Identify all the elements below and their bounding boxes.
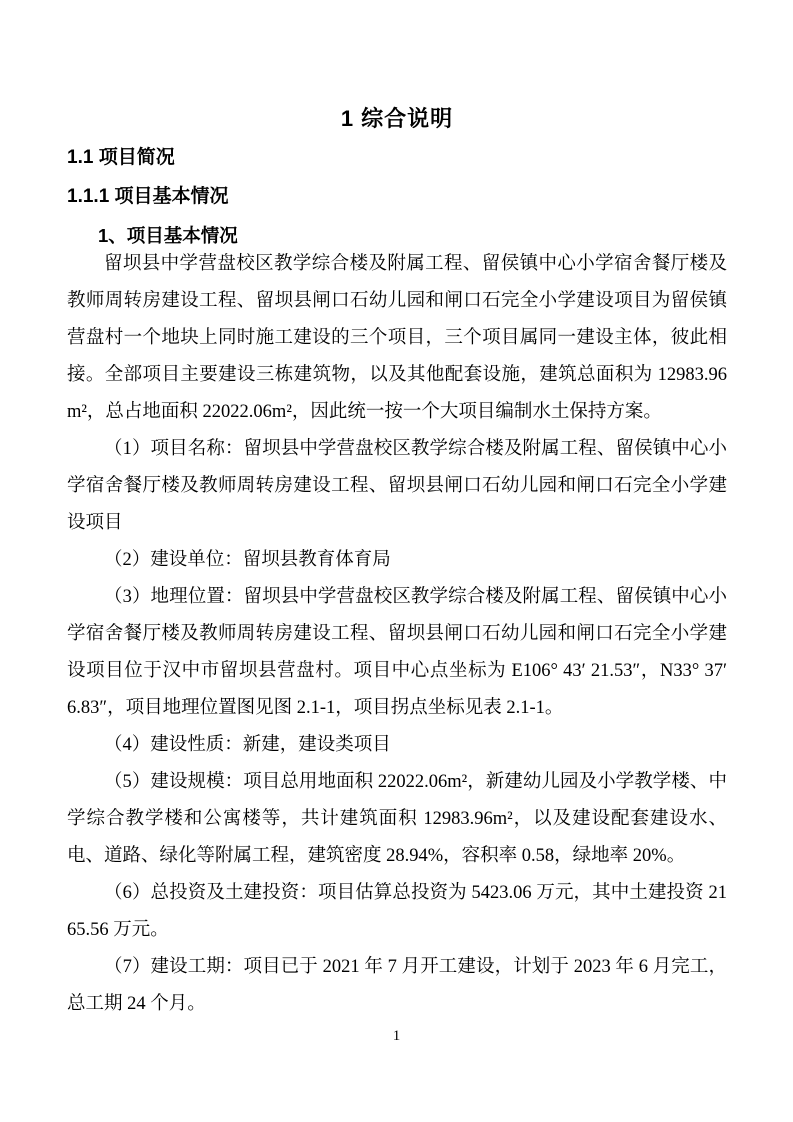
document-content: 1 综合说明 1.1 项目简况 1.1.1 项目基本情况 1、项目基本情况 留坝… <box>67 104 727 1023</box>
paragraph-item-1-project-name: （1）项目名称：留坝县中学营盘校区教学综合楼及附属工程、留侯镇中心小学宿舍餐厅楼… <box>67 431 727 542</box>
paragraph-item-7-construction-period: （7）建设工期：项目已于 2021 年 7 月开工建设，计划于 2023 年 6… <box>67 949 727 1023</box>
page-number: 1 <box>393 1028 401 1044</box>
paragraph-item-4-construction-nature: （4）建设性质：新建，建设类项目 <box>67 727 727 764</box>
paragraph-intro: 留坝县中学营盘校区教学综合楼及附属工程、留侯镇中心小学宿舍餐厅楼及教师周转房建设… <box>67 246 727 431</box>
document-page: 1 综合说明 1.1 项目简况 1.1.1 项目基本情况 1、项目基本情况 留坝… <box>0 0 793 1122</box>
paragraph-item-6-investment: （6）总投资及土建投资：项目估算总投资为 5423.06 万元，其中土建投资 2… <box>67 875 727 949</box>
heading-subsection-1-1-1: 1.1.1 项目基本情况 <box>67 183 727 211</box>
paragraph-item-3-location: （3）地理位置：留坝县中学营盘校区教学综合楼及附属工程、留侯镇中心小学宿舍餐厅楼… <box>67 579 727 727</box>
paragraph-item-5-construction-scale: （5）建设规模：项目总用地面积 22022.06m²，新建幼儿园及小学教学楼、中… <box>67 764 727 875</box>
page-footer: 1 <box>0 1026 793 1046</box>
page-title: 1 综合说明 <box>67 104 727 134</box>
heading-section-1-1: 1.1 项目简况 <box>67 144 727 172</box>
paragraph-item-2-construction-unit: （2）建设单位：留坝县教育体育局 <box>67 542 727 579</box>
